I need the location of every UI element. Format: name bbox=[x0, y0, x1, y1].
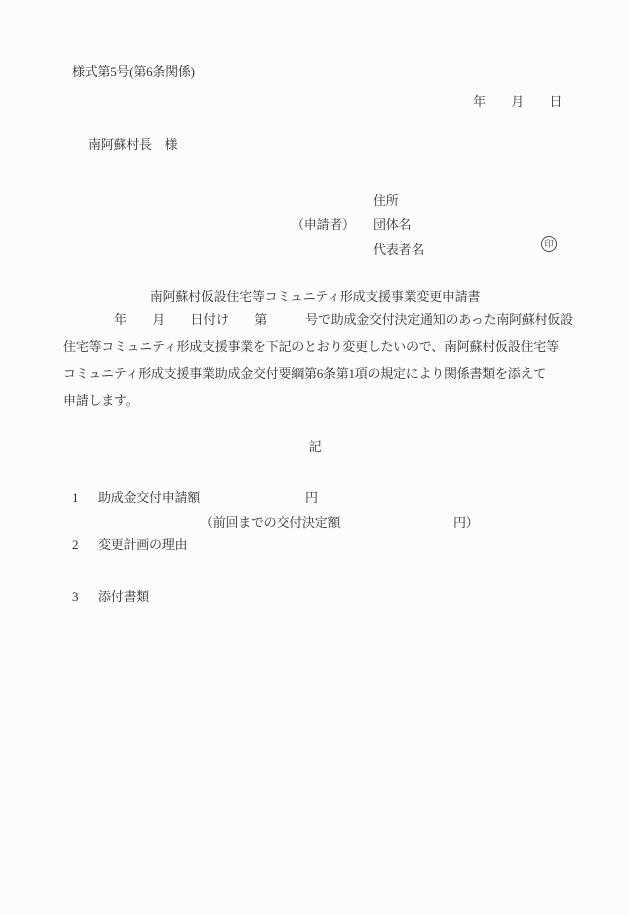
item1-sub-unit: 円） bbox=[453, 513, 479, 532]
seal-icon: 印 bbox=[541, 236, 557, 252]
section-marker: 記 bbox=[0, 437, 630, 456]
item3-number: 3 bbox=[72, 587, 78, 606]
seal-character: 印 bbox=[544, 240, 553, 249]
body-paragraph-line: 申請します。 bbox=[63, 391, 138, 410]
item1-number: 1 bbox=[72, 488, 78, 507]
body-paragraph-line: 年 月 日付け 第 号で助成金交付決定通知のあった南阿蘇村仮設 bbox=[63, 310, 573, 329]
item1-label: 助成金交付申請額 bbox=[98, 488, 200, 507]
group-name-label: 団体名 bbox=[373, 215, 411, 234]
item1-unit: 円 bbox=[305, 488, 318, 507]
form-number: 様式第5号(第6条関係) bbox=[72, 62, 195, 81]
addressee: 南阿蘇村長 様 bbox=[88, 135, 177, 154]
document-title: 南阿蘇村仮設住宅等コミュニティ形成支援事業変更申請書 bbox=[0, 287, 630, 306]
body-paragraph-line: コミュニティ形成支援事業助成金交付要綱第6条第1項の規定により関係書類を添えて bbox=[63, 364, 546, 383]
application-form-page: 様式第5号(第6条関係) 年 月 日 南阿蘇村長 様 住所 （申請者） 団体名 … bbox=[0, 0, 630, 915]
body-paragraph-line: 住宅等コミュニティ形成支援事業を下記のとおり変更したいので、南阿蘇村仮設住宅等 bbox=[63, 337, 559, 356]
item2-label: 変更計画の理由 bbox=[98, 535, 187, 554]
item1-sub-label: （前回までの交付決定額 bbox=[200, 513, 340, 532]
applicant-label: （申請者） bbox=[291, 215, 355, 234]
representative-name-label: 代表者名 bbox=[373, 240, 424, 259]
item2-number: 2 bbox=[72, 535, 78, 554]
address-label: 住所 bbox=[373, 191, 399, 210]
item3-label: 添付書類 bbox=[98, 587, 149, 606]
date-line: 年 月 日 bbox=[473, 92, 562, 111]
